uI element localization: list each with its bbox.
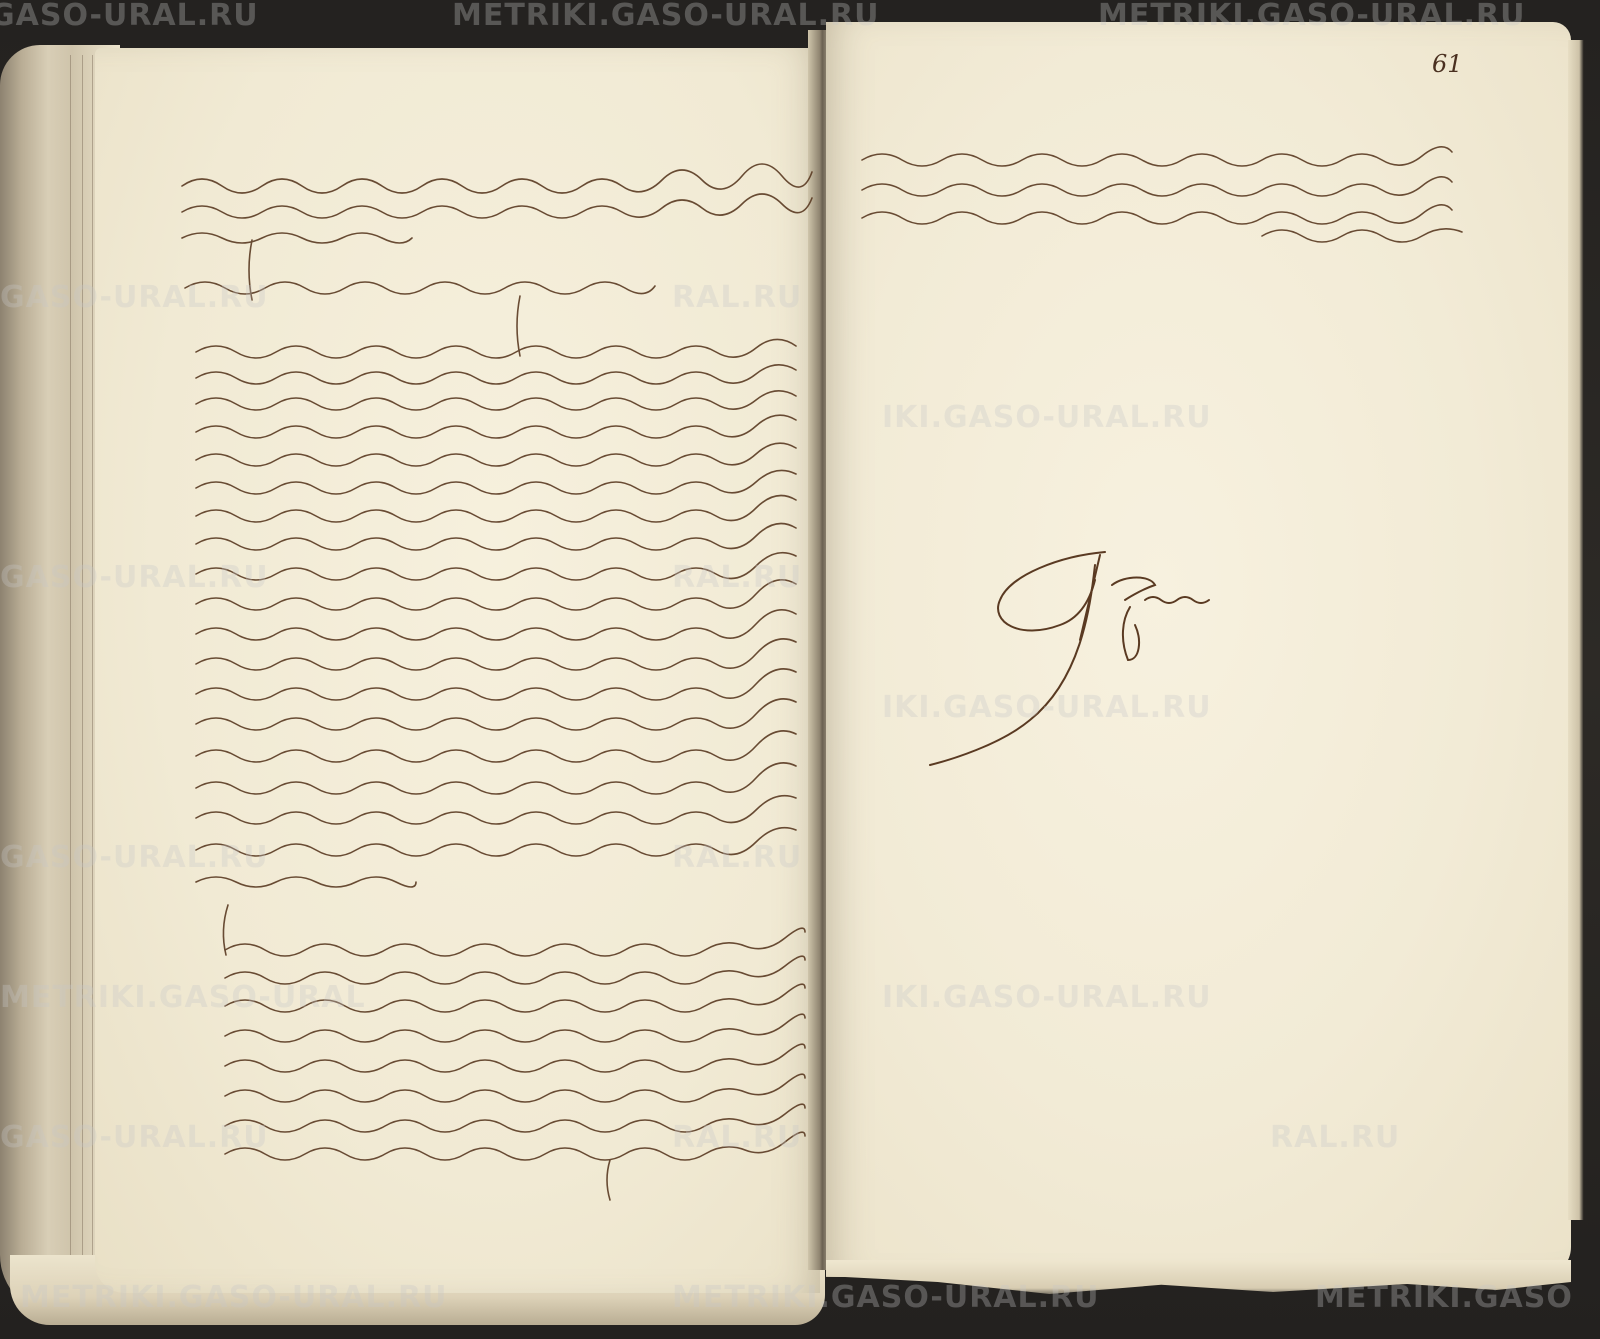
- right-page-handwriting: [0, 0, 1600, 1339]
- manuscript-scan: 61: [0, 0, 1600, 1339]
- signature-flourish: [930, 552, 1209, 765]
